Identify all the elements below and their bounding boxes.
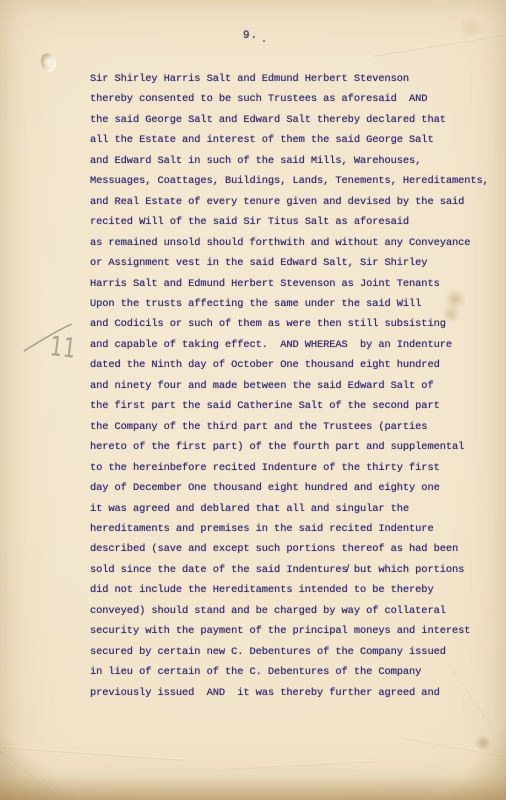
paper-sheet: 9. Sir Shirley Harris Salt and Edmund He… xyxy=(0,0,506,800)
text-line: Messuages, Coattages, Buildings, Lands, … xyxy=(90,171,500,191)
text-line: conveyed) should stand and be charged by… xyxy=(90,601,500,621)
text-line: as remained unsold should forthwith and … xyxy=(90,233,500,253)
scanned-page-photo: 9. Sir Shirley Harris Salt and Edmund He… xyxy=(0,0,506,800)
text-line: hereditaments and premises in the said r… xyxy=(90,519,500,539)
text-line: sold since the date of the said Indentur… xyxy=(90,560,500,580)
text-line: hereto of the first part) of the fourth … xyxy=(90,437,500,457)
text-line: recited Will of the said Sir Titus Salt … xyxy=(90,212,500,232)
text-line: security with the payment of the princip… xyxy=(90,621,500,641)
text-line: it was agreed and deblared that all and … xyxy=(90,499,500,519)
document-body: Sir Shirley Harris Salt and Edmund Herbe… xyxy=(90,69,500,703)
text-line: and ninety four and made between the sai… xyxy=(90,376,500,396)
text-line: and Real Estate of every tenure given an… xyxy=(90,192,500,212)
pencil-annotation: 11 xyxy=(48,331,78,365)
text-line: the Company of the third part and the Tr… xyxy=(90,417,500,437)
text-line: the said George Salt and Edward Salt the… xyxy=(90,110,500,130)
text-line: or Assignment vest in the said Edward Sa… xyxy=(90,253,500,273)
text-line: Upon the trusts affecting the same under… xyxy=(90,294,500,314)
text-line: Harris Salt and Edmund Herbert Stevenson… xyxy=(90,274,500,294)
text-line: Sir Shirley Harris Salt and Edmund Herbe… xyxy=(90,69,500,89)
paper-crease xyxy=(222,760,377,770)
ink-speck xyxy=(263,40,265,42)
paper-bottom-edge xyxy=(0,776,506,800)
text-line: in lieu of certain of the C. Debentures … xyxy=(90,662,500,682)
text-line: did not include the Hereditaments intend… xyxy=(90,580,500,600)
paper-stain xyxy=(458,18,484,38)
text-line: all the Estate and interest of them the … xyxy=(90,130,500,150)
paper-crease xyxy=(373,33,506,56)
text-line: the first part the said Catherine Salt o… xyxy=(90,396,500,416)
text-line: and capable of taking effect. AND WHEREA… xyxy=(90,335,500,355)
text-line: described (save and except such portions… xyxy=(90,539,500,559)
text-line: and Codicils or such of them as were the… xyxy=(90,314,500,334)
text-line: previously issued AND it was thereby fur… xyxy=(90,683,500,703)
text-line: day of December One thousand eight hundr… xyxy=(90,478,500,498)
text-line: and Edward Salt in such of the said Mill… xyxy=(90,151,500,171)
text-line: secured by certain new C. Debentures of … xyxy=(90,642,500,662)
page-number: 9. xyxy=(243,30,258,42)
paper-dimple-mark xyxy=(38,51,58,74)
text-line: to the hereinbefore recited Indenture of… xyxy=(90,458,500,478)
text-line: thereby consented to be such Trustees as… xyxy=(90,89,500,109)
text-line: dated the Ninth day of October One thous… xyxy=(90,355,500,375)
